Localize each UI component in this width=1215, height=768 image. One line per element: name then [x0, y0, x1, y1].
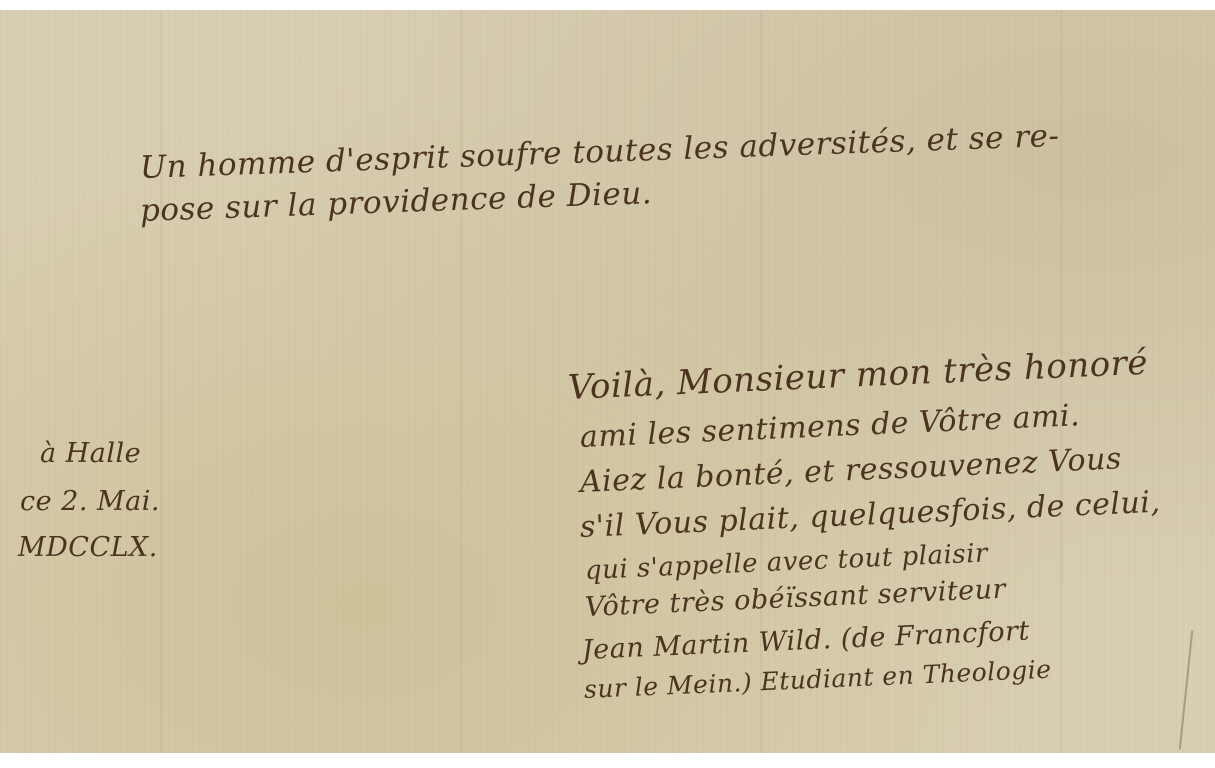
bleed-through-text — [60, 410, 67, 435]
date-line: ce 2. Mai. — [20, 486, 160, 517]
motto-line-1: Un homme d'esprit soufre toutes les adve… — [139, 118, 1060, 186]
place-line: à Halle — [40, 438, 141, 469]
page-edge-mark — [1179, 630, 1194, 750]
manuscript-page: Un homme d'esprit soufre toutes les adve… — [0, 10, 1215, 753]
year-line: MDCCLX. — [18, 532, 158, 563]
